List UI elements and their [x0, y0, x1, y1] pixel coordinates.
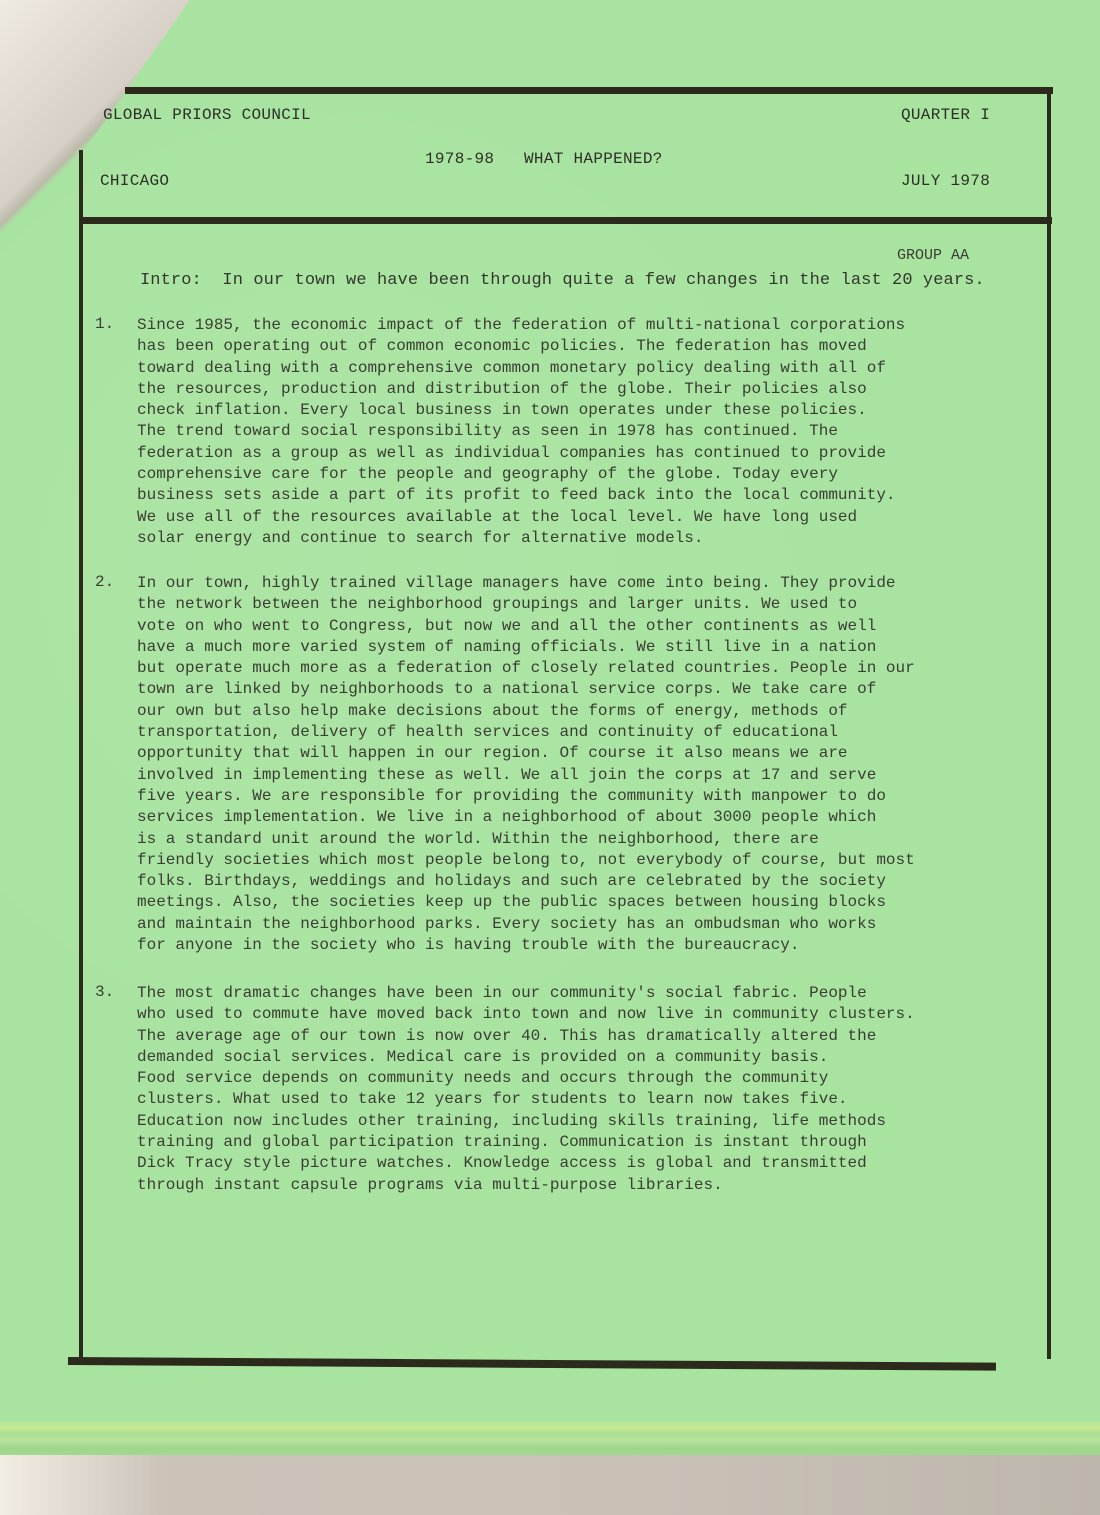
text-line: the network between the neighborhood gro…: [137, 594, 915, 615]
frame-right-border: [1047, 87, 1051, 1359]
city-label: CHICAGO: [100, 172, 169, 190]
text-line: friendly societies which most people bel…: [137, 850, 915, 871]
text-line: vote on who went to Congress, but now we…: [137, 616, 915, 637]
text-line: Food service depends on community needs …: [137, 1068, 915, 1089]
scanner-background: [0, 1455, 1100, 1515]
item-number: 2.: [95, 573, 114, 591]
item-text: The most dramatic changes have been in o…: [137, 983, 915, 1196]
text-line: opportunity that will happen in our regi…: [137, 743, 915, 764]
text-line: demanded social services. Medical care i…: [137, 1047, 915, 1068]
text-line: We use all of the resources available at…: [137, 507, 905, 528]
text-line: check inflation. Every local business in…: [137, 400, 905, 421]
document-title: 1978-98 WHAT HAPPENED?: [425, 150, 663, 168]
item-number: 1.: [95, 315, 114, 333]
text-line: meetings. Also, the societies keep up th…: [137, 892, 915, 913]
text-line: and maintain the neighborhood parks. Eve…: [137, 914, 915, 935]
text-line: folks. Birthdays, weddings and holidays …: [137, 871, 915, 892]
organization-name: GLOBAL PRIORS COUNCIL: [103, 106, 311, 124]
frame-left-border: [79, 150, 83, 1362]
text-line: federation as a group as well as individ…: [137, 443, 905, 464]
text-line: has been operating out of common economi…: [137, 336, 905, 357]
text-line: is a standard unit around the world. Wit…: [137, 829, 915, 850]
text-line: Dick Tracy style picture watches. Knowle…: [137, 1153, 915, 1174]
item-text: Since 1985, the economic impact of the f…: [137, 315, 905, 549]
header-divider: [82, 217, 1052, 224]
text-line: who used to commute have moved back into…: [137, 1004, 915, 1025]
text-line: toward dealing with a comprehensive comm…: [137, 358, 905, 379]
text-line: but operate much more as a federation of…: [137, 658, 915, 679]
text-line: involved in implementing these as well. …: [137, 765, 915, 786]
text-line: In our town, highly trained village mana…: [137, 573, 915, 594]
text-line: comprehensive care for the people and ge…: [137, 464, 905, 485]
date-label: JULY 1978: [901, 172, 990, 190]
quarter-label: QUARTER I: [901, 106, 990, 124]
text-line: The average age of our town is now over …: [137, 1026, 915, 1047]
text-line: business sets aside a part of its profit…: [137, 485, 905, 506]
text-line: town are linked by neighborhoods to a na…: [137, 679, 915, 700]
text-line: The trend toward social responsibility a…: [137, 421, 905, 442]
text-line: services implementation. We live in a ne…: [137, 807, 915, 828]
text-line: Education now includes other training, i…: [137, 1111, 915, 1132]
text-line: five years. We are responsible for provi…: [137, 786, 915, 807]
text-line: Since 1985, the economic impact of the f…: [137, 315, 905, 336]
frame-top-border: [125, 87, 1053, 94]
text-line: have a much more varied system of naming…: [137, 637, 915, 658]
text-line: training and global participation traini…: [137, 1132, 915, 1153]
intro-paragraph: Intro: In our town we have been through …: [140, 271, 985, 290]
item-number: 3.: [95, 983, 114, 1001]
group-label: GROUP AA: [897, 247, 969, 264]
text-line: solar energy and continue to search for …: [137, 528, 905, 549]
text-line: our own but also help make decisions abo…: [137, 701, 915, 722]
item-text: In our town, highly trained village mana…: [137, 573, 915, 956]
text-line: The most dramatic changes have been in o…: [137, 983, 915, 1004]
text-line: for anyone in the society who is having …: [137, 935, 915, 956]
text-line: the resources, production and distributi…: [137, 379, 905, 400]
text-line: through instant capsule programs via mul…: [137, 1175, 915, 1196]
text-line: transportation, delivery of health servi…: [137, 722, 915, 743]
text-line: clusters. What used to take 12 years for…: [137, 1089, 915, 1110]
